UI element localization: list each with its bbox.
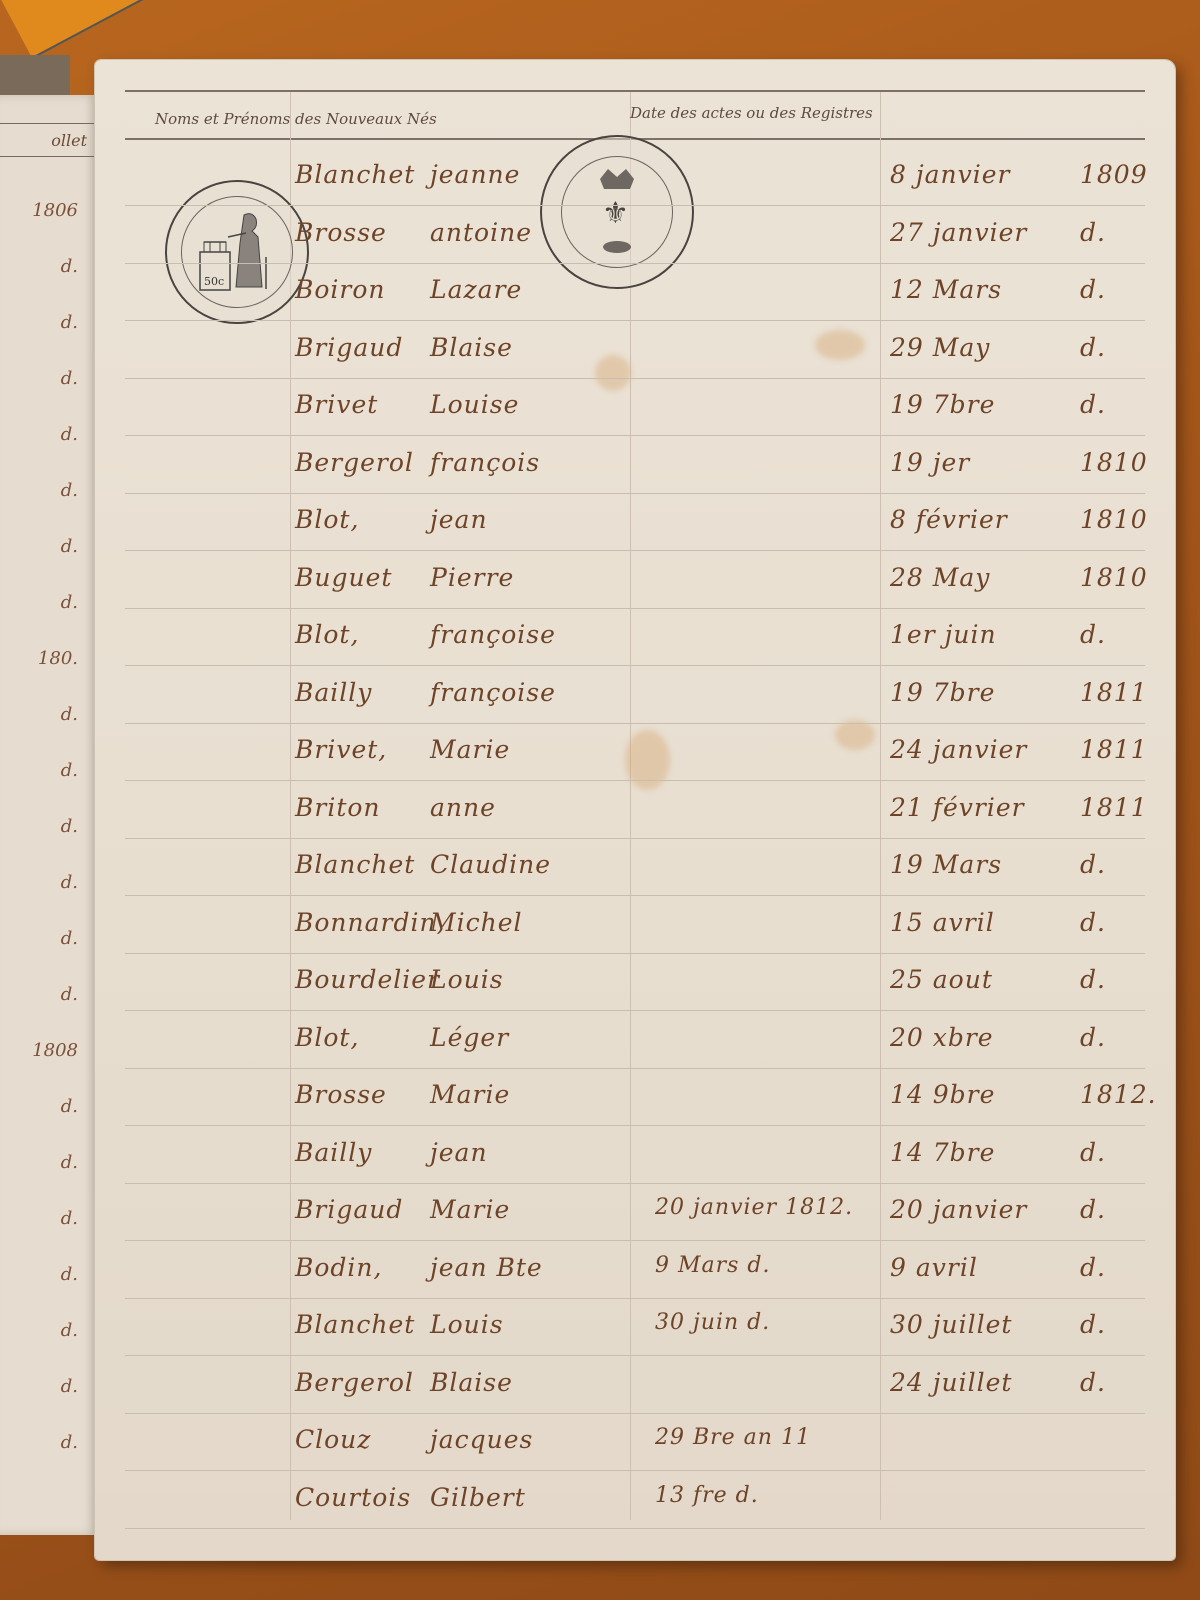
- entry-given-name: Gilbert: [430, 1483, 526, 1512]
- entry-register-date: 30 juillet: [890, 1310, 1012, 1339]
- entry-register-date: 14 7bre: [890, 1138, 995, 1167]
- register-entry-row: Blot,jean8 février1810: [95, 505, 1175, 563]
- left-page-entry: d.: [61, 984, 78, 1005]
- line-rule: [125, 550, 1145, 551]
- entry-surname: Brosse: [295, 218, 387, 247]
- entry-given-name: Louis: [430, 965, 504, 994]
- register-entry-row: BergerolBlaise24 juilletd.: [95, 1368, 1175, 1426]
- entry-year: d.: [1080, 1023, 1106, 1052]
- entry-year: 1809: [1080, 160, 1148, 189]
- entry-given-name: jacques: [430, 1425, 533, 1454]
- entry-year: 1810: [1080, 448, 1148, 477]
- register-entry-row: Baillyfrançoise19 7bre1811: [95, 678, 1175, 736]
- entry-given-name: françoise: [430, 620, 556, 649]
- entry-register-date: 24 juillet: [890, 1368, 1012, 1397]
- entry-register-date: 24 janvier: [890, 735, 1027, 764]
- register-entry-row: CourtoisGilbert13 fre d.: [95, 1483, 1175, 1541]
- register-entry-row: BrigaudMarie20 janvier 1812.20 janvierd.: [95, 1195, 1175, 1253]
- entry-surname: Blot,: [295, 1023, 359, 1052]
- entry-given-name: Blaise: [430, 333, 513, 362]
- register-entry-row: Britonanne21 février1811: [95, 793, 1175, 851]
- entry-surname: Brigaud: [295, 333, 403, 362]
- entry-register-date: 19 7bre: [890, 390, 995, 419]
- line-rule: [125, 320, 1145, 321]
- register-entry-row: BlanchetClaudine19 Marsd.: [95, 850, 1175, 908]
- left-facing-page: ollet 1806d.d.d.d.d.d.d.180.d.d.d.d.d.d.…: [0, 95, 103, 1535]
- entry-surname: Bailly: [295, 678, 372, 707]
- left-page-entry: d.: [61, 1208, 78, 1229]
- entry-given-name: jean Bte: [430, 1253, 543, 1282]
- left-page-entry: d.: [61, 1152, 78, 1173]
- line-rule: [125, 953, 1145, 954]
- line-rule: [125, 435, 1145, 436]
- register-entry-row: Blanchetjeanne8 janvier1809: [95, 160, 1175, 218]
- line-rule: [125, 1470, 1145, 1471]
- entry-register-date: 12 Mars: [890, 275, 1002, 304]
- entry-act-date: 20 janvier 1812.: [655, 1195, 853, 1220]
- line-rule: [125, 263, 1145, 264]
- entry-act-date: 9 Mars d.: [655, 1253, 771, 1278]
- left-page-entry: d.: [61, 1432, 78, 1453]
- register-entry-row: Brivet,Marie24 janvier1811: [95, 735, 1175, 793]
- left-page-entry: d.: [61, 1320, 78, 1341]
- line-rule: [125, 1528, 1145, 1529]
- entry-given-name: Pierre: [430, 563, 514, 592]
- entry-register-date: 29 May: [890, 333, 990, 362]
- register-entry-row: BlanchetLouis30 juin d.30 juilletd.: [95, 1310, 1175, 1368]
- entry-given-name: Marie: [430, 735, 510, 764]
- entry-register-date: 20 janvier: [890, 1195, 1027, 1224]
- entry-year: 1812.: [1080, 1080, 1157, 1109]
- register-entry-row: Clouzjacques29 Bre an 11: [95, 1425, 1175, 1483]
- entry-year: 1810: [1080, 563, 1148, 592]
- line-rule: [125, 1413, 1145, 1414]
- register-entry-row: Bonnardin,Michel15 avrild.: [95, 908, 1175, 966]
- entry-year: d.: [1080, 1310, 1106, 1339]
- entry-register-date: 15 avril: [890, 908, 995, 937]
- left-page-entry: d.: [61, 1096, 78, 1117]
- entry-given-name: anne: [430, 793, 496, 822]
- register-entry-row: Bodin,jean Bte9 Mars d.9 avrild.: [95, 1253, 1175, 1311]
- left-page-entry: d.: [61, 704, 78, 725]
- entry-given-name: Louis: [430, 1310, 504, 1339]
- entry-year: d.: [1080, 908, 1106, 937]
- entry-given-name: Blaise: [430, 1368, 513, 1397]
- entry-given-name: Lazare: [430, 275, 522, 304]
- entry-surname: Blanchet: [295, 1310, 415, 1339]
- left-page-entry: d.: [61, 928, 78, 949]
- entry-year: d.: [1080, 620, 1106, 649]
- entry-register-date: 19 jer: [890, 448, 970, 477]
- line-rule: [125, 1125, 1145, 1126]
- left-page-entry: d.: [61, 592, 78, 613]
- entry-surname: Blot,: [295, 620, 359, 649]
- left-page-entry: 1806: [32, 200, 78, 221]
- line-rule: [125, 1355, 1145, 1356]
- entry-register-date: 27 janvier: [890, 218, 1027, 247]
- line-rule: [125, 1010, 1145, 1011]
- entry-given-name: Marie: [430, 1195, 510, 1224]
- entry-year: d.: [1080, 1368, 1106, 1397]
- header-top-rule: [125, 90, 1145, 92]
- fabric-binding: [0, 55, 70, 100]
- entry-surname: Boiron: [295, 275, 386, 304]
- register-entry-row: Blot,Léger20 xbred.: [95, 1023, 1175, 1081]
- line-rule: [125, 1068, 1145, 1069]
- left-page-entry: d.: [61, 368, 78, 389]
- register-entry-row: BrivetLouise19 7bred.: [95, 390, 1175, 448]
- entry-given-name: jeanne: [430, 160, 520, 189]
- left-page-entry: d.: [61, 872, 78, 893]
- entry-year: 1810: [1080, 505, 1148, 534]
- entry-surname: Courtois: [295, 1483, 411, 1512]
- entry-surname: Brivet: [295, 390, 378, 419]
- entry-register-date: 8 janvier: [890, 160, 1010, 189]
- left-page-entry: 180.: [38, 648, 78, 669]
- entry-given-name: antoine: [430, 218, 532, 247]
- entry-year: 1811: [1080, 678, 1148, 707]
- register-entry-row: Baillyjean14 7bred.: [95, 1138, 1175, 1196]
- entry-surname: Blanchet: [295, 160, 415, 189]
- entry-act-date: 29 Bre an 11: [655, 1425, 811, 1450]
- register-entry-row: Bergerolfrançois19 jer1810: [95, 448, 1175, 506]
- entry-given-name: Marie: [430, 1080, 510, 1109]
- left-page-entry: d.: [61, 424, 78, 445]
- register-entry-row: Brosseantoine27 janvierd.: [95, 218, 1175, 276]
- line-rule: [125, 1183, 1145, 1184]
- entry-surname: Bourdelier: [295, 965, 440, 994]
- line-rule: [125, 895, 1145, 896]
- left-page-entry: d.: [61, 312, 78, 333]
- orange-card-background: [0, 0, 182, 57]
- line-rule: [125, 493, 1145, 494]
- entry-year: d.: [1080, 333, 1106, 362]
- entry-given-name: jean: [430, 1138, 488, 1167]
- register-entry-row: BuguetPierre28 May1810: [95, 563, 1175, 621]
- entry-register-date: 21 février: [890, 793, 1025, 822]
- entry-register-date: 19 7bre: [890, 678, 995, 707]
- entry-register-date: 25 aout: [890, 965, 993, 994]
- entry-given-name: Claudine: [430, 850, 551, 879]
- header-dates: Date des actes ou des Registres: [630, 104, 873, 122]
- line-rule: [125, 780, 1145, 781]
- register-entry-row: BrigaudBlaise29 Mayd.: [95, 333, 1175, 391]
- entry-register-date: 20 xbre: [890, 1023, 994, 1052]
- left-page-entry: d.: [61, 816, 78, 837]
- entry-surname: Blot,: [295, 505, 359, 534]
- left-page-entry: d.: [61, 256, 78, 277]
- entry-given-name: françois: [430, 448, 540, 477]
- entry-year: d.: [1080, 1253, 1106, 1282]
- left-page-entry: d.: [61, 1376, 78, 1397]
- entry-act-date: 13 fre d.: [655, 1483, 759, 1508]
- line-rule: [125, 205, 1145, 206]
- entry-year: d.: [1080, 850, 1106, 879]
- entry-register-date: 8 février: [890, 505, 1008, 534]
- entry-surname: Bergerol: [295, 1368, 414, 1397]
- line-rule: [125, 608, 1145, 609]
- entry-given-name: Michel: [430, 908, 523, 937]
- entry-year: d.: [1080, 965, 1106, 994]
- line-rule: [125, 838, 1145, 839]
- entry-surname: Brosse: [295, 1080, 387, 1109]
- left-page-entry: d.: [61, 536, 78, 557]
- entry-surname: Bodin,: [295, 1253, 382, 1282]
- entry-year: 1811: [1080, 735, 1148, 764]
- register-entry-row: BourdelierLouis25 aoutd.: [95, 965, 1175, 1023]
- entry-surname: Brigaud: [295, 1195, 403, 1224]
- entry-year: 1811: [1080, 793, 1148, 822]
- line-rule: [125, 378, 1145, 379]
- entry-surname: Bailly: [295, 1138, 372, 1167]
- entry-act-date: 30 juin d.: [655, 1310, 770, 1335]
- register-entry-row: BrosseMarie14 9bre1812.: [95, 1080, 1175, 1138]
- left-page-header: ollet: [0, 123, 95, 157]
- line-rule: [125, 1298, 1145, 1299]
- entry-given-name: jean: [430, 505, 488, 534]
- entry-given-name: françoise: [430, 678, 556, 707]
- register-page: Noms et Prénoms des Nouveaux Nés Date de…: [95, 60, 1175, 1560]
- line-rule: [125, 665, 1145, 666]
- entry-year: d.: [1080, 390, 1106, 419]
- entry-surname: Buguet: [295, 563, 392, 592]
- line-rule: [125, 723, 1145, 724]
- header-names: Noms et Prénoms des Nouveaux Nés: [155, 110, 437, 128]
- register-entry-row: BoironLazare12 Marsd.: [95, 275, 1175, 333]
- left-page-entry: 1808: [32, 1040, 78, 1061]
- left-page-entry: d.: [61, 760, 78, 781]
- entry-register-date: 1er juin: [890, 620, 997, 649]
- entry-year: d.: [1080, 275, 1106, 304]
- left-page-entry: d.: [61, 1264, 78, 1285]
- entry-given-name: Louise: [430, 390, 519, 419]
- entry-surname: Bonnardin,: [295, 908, 446, 937]
- entry-surname: Blanchet: [295, 850, 415, 879]
- line-rule: [125, 1240, 1145, 1241]
- register-entry-row: Blot,françoise1er juind.: [95, 620, 1175, 678]
- entry-year: d.: [1080, 1195, 1106, 1224]
- entry-register-date: 19 Mars: [890, 850, 1002, 879]
- left-page-entry: d.: [61, 480, 78, 501]
- entry-surname: Briton: [295, 793, 381, 822]
- entry-surname: Bergerol: [295, 448, 414, 477]
- entry-surname: Brivet,: [295, 735, 387, 764]
- column-header-row: Noms et Prénoms des Nouveaux Nés Date de…: [135, 100, 1135, 140]
- entry-surname: Clouz: [295, 1425, 371, 1454]
- entry-register-date: 9 avril: [890, 1253, 978, 1282]
- entry-year: d.: [1080, 1138, 1106, 1167]
- entry-year: d.: [1080, 218, 1106, 247]
- entry-register-date: 28 May: [890, 563, 990, 592]
- entry-register-date: 14 9bre: [890, 1080, 995, 1109]
- entry-given-name: Léger: [430, 1023, 509, 1052]
